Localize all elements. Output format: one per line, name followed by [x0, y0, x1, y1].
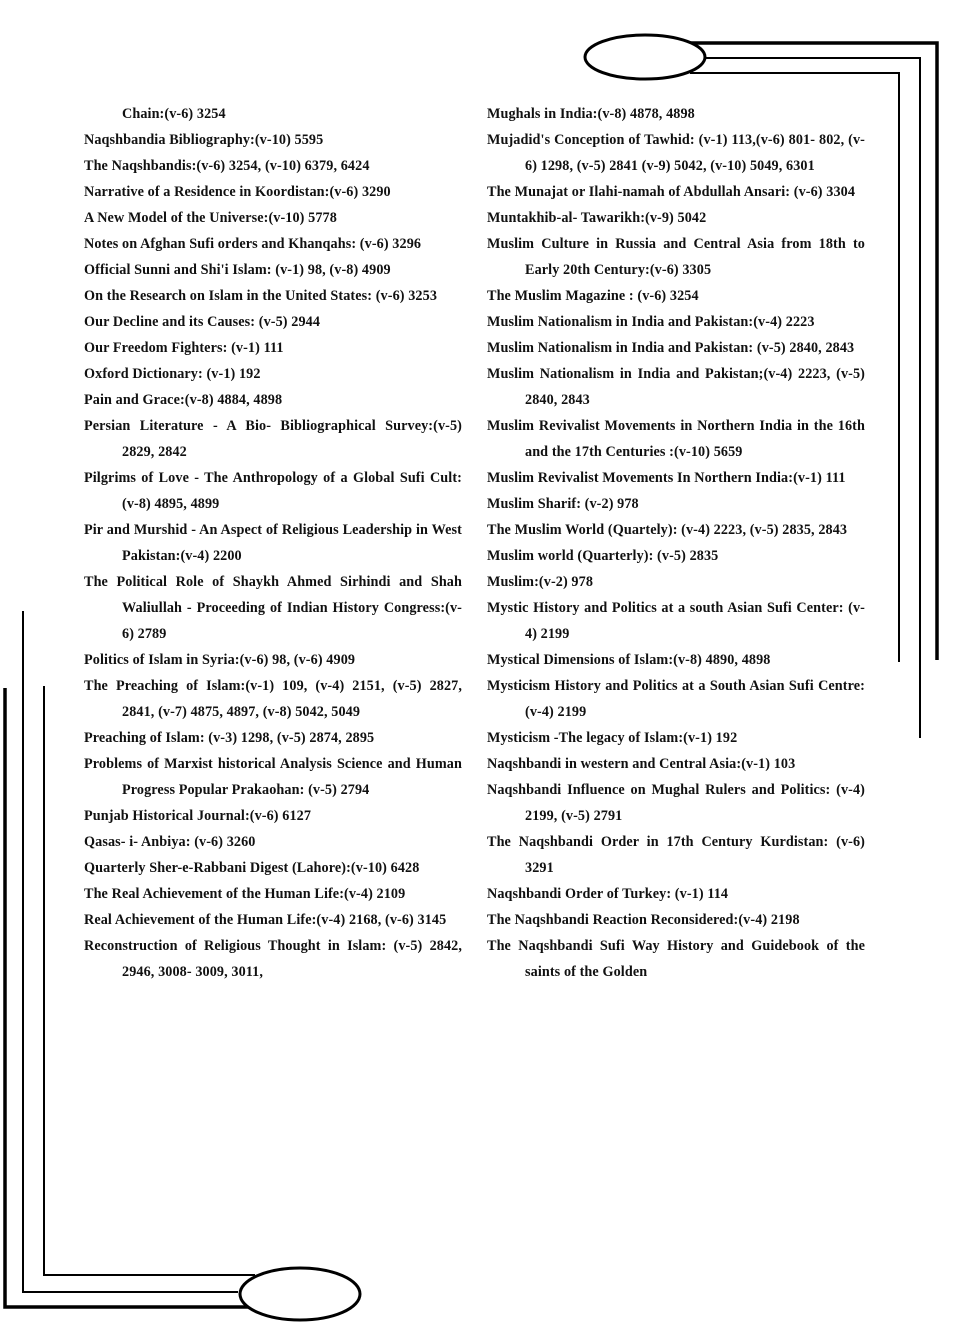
index-entry: Notes on Afghan Sufi orders and Khanqahs…: [84, 231, 462, 257]
index-entry: The Real Achievement of the Human Life:(…: [84, 881, 462, 907]
index-entry: Muslim Nationalism in India and Pakistan…: [487, 309, 865, 335]
index-entry: Narrative of a Residence in Koordistan:(…: [84, 179, 462, 205]
index-entry: Our Freedom Fighters: (v-1) 111: [84, 335, 462, 361]
index-entry: The Naqshbandi Reaction Reconsidered:(v-…: [487, 907, 865, 933]
index-entry: Muslim Revivalist Movements in Northern …: [487, 413, 865, 465]
index-entry: The Preaching of Islam:(v-1) 109, (v-4) …: [84, 673, 462, 725]
index-entry: Muslim Sharif: (v-2) 978: [487, 491, 865, 517]
index-entry: Punjab Historical Journal:(v-6) 6127: [84, 803, 462, 829]
index-entry: The Naqshbandis:(v-6) 3254, (v-10) 6379,…: [84, 153, 462, 179]
index-column-left: Chain:(v-6) 3254Naqshbandia Bibliography…: [84, 101, 462, 985]
index-entry: Official Sunni and Shi'i Islam: (v-1) 98…: [84, 257, 462, 283]
index-entry: Problems of Marxist historical Analysis …: [84, 751, 462, 803]
index-entry: Mujadid's Conception of Tawhid: (v-1) 11…: [487, 127, 865, 179]
index-entry: Pain and Grace:(v-8) 4884, 4898: [84, 387, 462, 413]
index-entry: Naqshbandia Bibliography:(v-10) 5595: [84, 127, 462, 153]
index-entry: Mughals in India:(v-8) 4878, 4898: [487, 101, 865, 127]
index-column-right: Mughals in India:(v-8) 4878, 4898Mujadid…: [487, 101, 865, 985]
index-entry: Real Achievement of the Human Life:(v-4)…: [84, 907, 462, 933]
index-entry: Chain:(v-6) 3254: [84, 101, 462, 127]
index-entry: Naqshbandi in western and Central Asia:(…: [487, 751, 865, 777]
index-entry: Politics of Islam in Syria:(v-6) 98, (v-…: [84, 647, 462, 673]
index-entry: Muslim Revivalist Movements In Northern …: [487, 465, 865, 491]
index-entry: The Political Role of Shaykh Ahmed Sirhi…: [84, 569, 462, 647]
index-entry: The Naqshbandi Order in 17th Century Kur…: [487, 829, 865, 881]
index-entry: Muslim Nationalism in India and Pakistan…: [487, 335, 865, 361]
index-entry: Our Decline and its Causes: (v-5) 2944: [84, 309, 462, 335]
index-entry: Pir and Murshid - An Aspect of Religious…: [84, 517, 462, 569]
index-entry: A New Model of the Universe:(v-10) 5778: [84, 205, 462, 231]
index-entry: The Naqshbandi Sufi Way History and Guid…: [487, 933, 865, 985]
index-entry: Quarterly Sher-e-Rabbani Digest (Lahore)…: [84, 855, 462, 881]
index-entry: Muslim Nationalism in India and Pakistan…: [487, 361, 865, 413]
index-entry: Persian Literature - A Bio- Bibliographi…: [84, 413, 462, 465]
index-entry: Preaching of Islam: (v-3) 1298, (v-5) 28…: [84, 725, 462, 751]
index-entry: Mystical Dimensions of Islam:(v-8) 4890,…: [487, 647, 865, 673]
index-entry: Pilgrims of Love - The Anthropology of a…: [84, 465, 462, 517]
index-entry: Mysticism -The legacy of Islam:(v-1) 192: [487, 725, 865, 751]
index-entry: Reconstruction of Religious Thought in I…: [84, 933, 462, 985]
index-entry: Muntakhib-al- Tawarikh:(v-9) 5042: [487, 205, 865, 231]
index-entry: Mysticism History and Politics at a Sout…: [487, 673, 865, 725]
bottom-oval-ornament: [240, 1268, 360, 1320]
index-entry: Qasas- i- Anbiya: (v-6) 3260: [84, 829, 462, 855]
index-entry: Naqshbandi Order of Turkey: (v-1) 114: [487, 881, 865, 907]
index-entry: Mystic History and Politics at a south A…: [487, 595, 865, 647]
index-entry: Muslim Culture in Russia and Central Asi…: [487, 231, 865, 283]
index-entry: Muslim:(v-2) 978: [487, 569, 865, 595]
index-entry: Muslim world (Quarterly): (v-5) 2835: [487, 543, 865, 569]
index-entry: The Muslim World (Quartely): (v-4) 2223,…: [487, 517, 865, 543]
top-oval-ornament: [585, 35, 705, 79]
index-entry: On the Research on Islam in the United S…: [84, 283, 462, 309]
index-entry: The Munajat or Ilahi-namah of Abdullah A…: [487, 179, 865, 205]
index-entry: Naqshbandi Influence on Mughal Rulers an…: [487, 777, 865, 829]
index-entry: Oxford Dictionary: (v-1) 192: [84, 361, 462, 387]
index-entry: The Muslim Magazine : (v-6) 3254: [487, 283, 865, 309]
